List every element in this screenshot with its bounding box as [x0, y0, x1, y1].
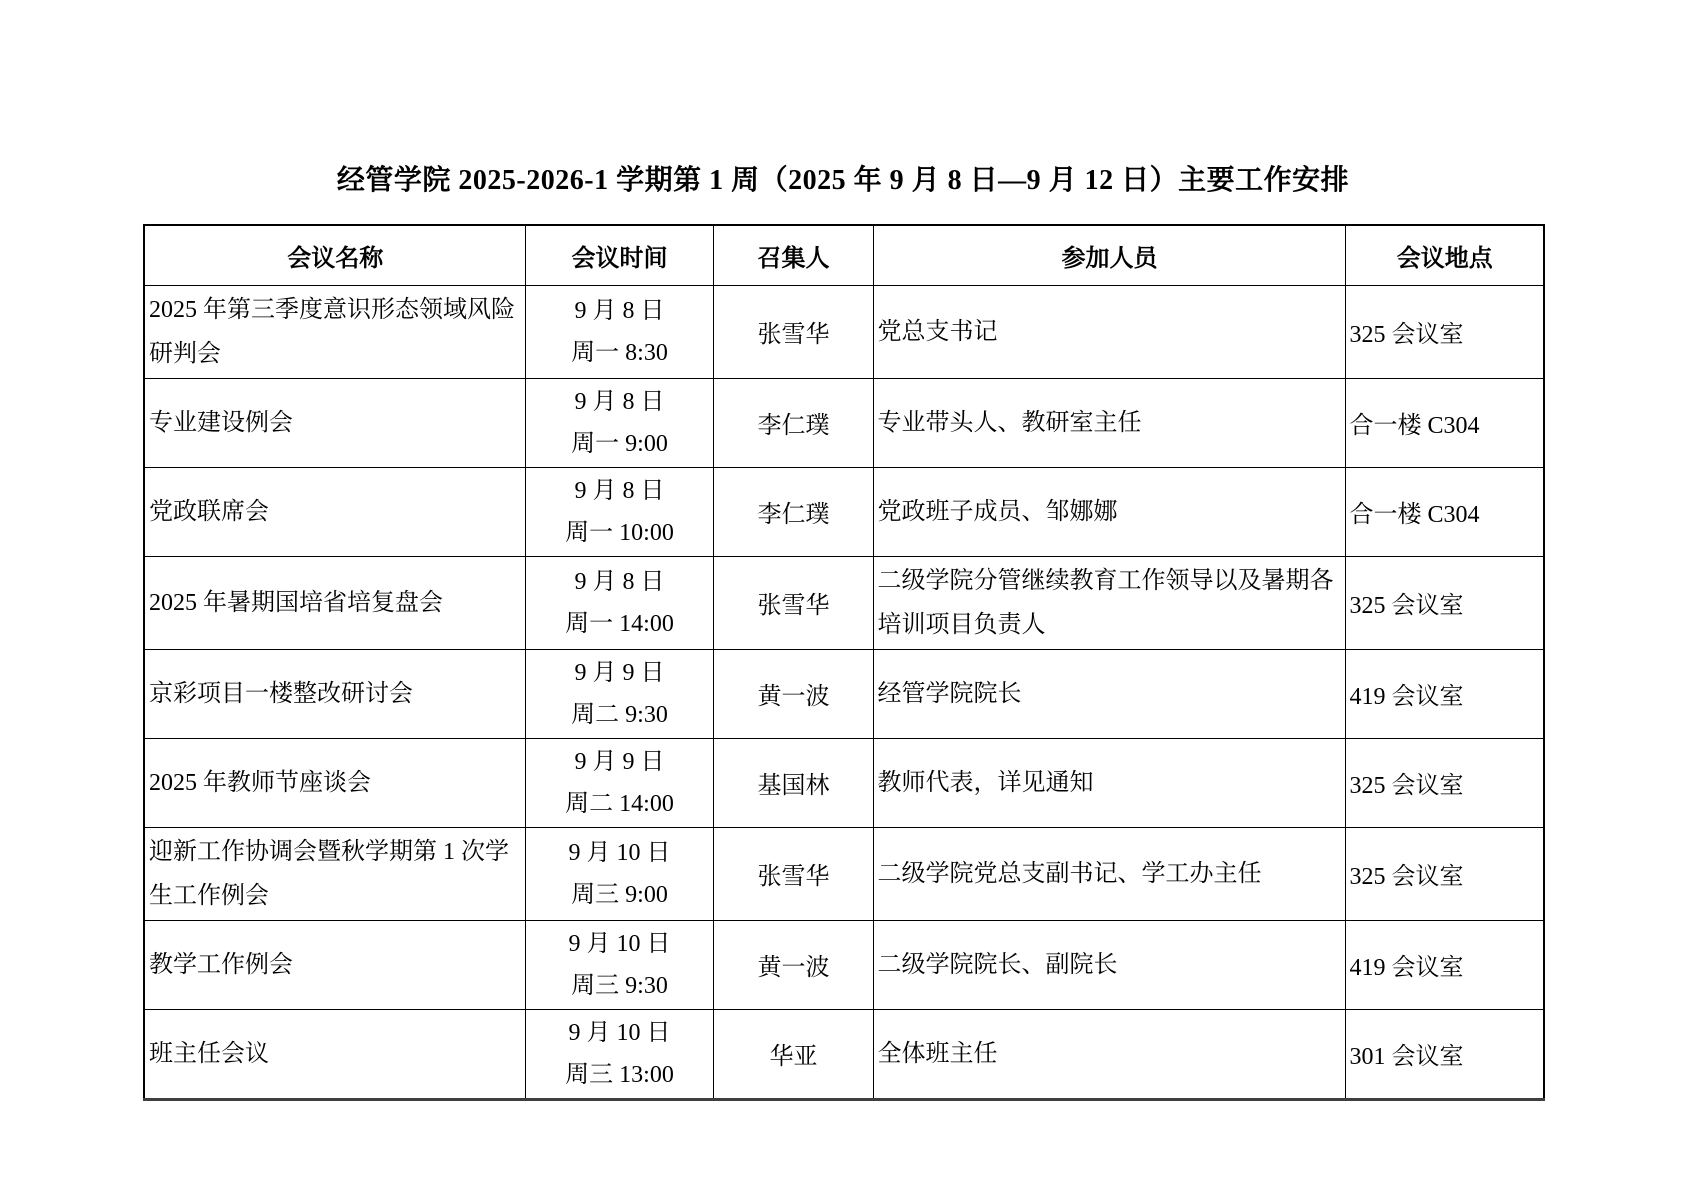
table-row: 教学工作例会 9 月 10 日 周三 9:30 黄一波 二级学院院长、副院长 4… [144, 920, 1544, 1009]
table-row: 班主任会议 9 月 10 日 周三 13:00 华亚 全体班主任 301 会议室 [144, 1009, 1544, 1099]
meeting-weekday-time: 周一 14:00 [530, 603, 710, 645]
location-cell: 419 会议室 [1345, 649, 1544, 738]
meeting-weekday-time: 周二 9:30 [530, 694, 710, 736]
convener-cell: 黄一波 [713, 920, 873, 1009]
meeting-date: 9 月 10 日 [530, 832, 710, 874]
meeting-name-cell: 2025 年第三季度意识形态领域风险研判会 [144, 285, 525, 378]
convener-cell: 基国林 [713, 738, 873, 827]
table-row: 2025 年教师节座谈会 9 月 9 日 周二 14:00 基国林 教师代表，详… [144, 738, 1544, 827]
meeting-name-cell: 迎新工作协调会暨秋学期第 1 次学生工作例会 [144, 827, 525, 920]
header-convener: 召集人 [713, 225, 873, 285]
meeting-name-cell: 班主任会议 [144, 1009, 525, 1099]
meeting-time-cell: 9 月 9 日 周二 14:00 [525, 738, 713, 827]
meeting-name-cell: 2025 年暑期国培省培复盘会 [144, 556, 525, 649]
table-row: 2025 年暑期国培省培复盘会 9 月 8 日 周一 14:00 张雪华 二级学… [144, 556, 1544, 649]
location-cell: 合一楼 C304 [1345, 467, 1544, 556]
participants-cell: 二级学院党总支副书记、学工办主任 [873, 827, 1345, 920]
convener-cell: 张雪华 [713, 556, 873, 649]
participants-cell: 经管学院院长 [873, 649, 1345, 738]
table-row: 专业建设例会 9 月 8 日 周一 9:00 李仁璞 专业带头人、教研室主任 合… [144, 378, 1544, 467]
convener-cell: 李仁璞 [713, 467, 873, 556]
meeting-time-cell: 9 月 8 日 周一 10:00 [525, 467, 713, 556]
table-row: 党政联席会 9 月 8 日 周一 10:00 李仁璞 党政班子成员、邹娜娜 合一… [144, 467, 1544, 556]
meeting-weekday-time: 周一 9:00 [530, 423, 710, 465]
participants-cell: 教师代表，详见通知 [873, 738, 1345, 827]
meeting-date: 9 月 9 日 [530, 741, 710, 783]
meeting-time-cell: 9 月 10 日 周三 9:00 [525, 827, 713, 920]
meeting-name-cell: 教学工作例会 [144, 920, 525, 1009]
meeting-time-cell: 9 月 9 日 周二 9:30 [525, 649, 713, 738]
meeting-date: 9 月 10 日 [530, 1012, 710, 1054]
header-meeting-location: 会议地点 [1345, 225, 1544, 285]
table-row: 2025 年第三季度意识形态领域风险研判会 9 月 8 日 周一 8:30 张雪… [144, 285, 1544, 378]
meeting-weekday-time: 周三 9:30 [530, 965, 710, 1007]
table-row: 京彩项目一楼整改研讨会 9 月 9 日 周二 9:30 黄一波 经管学院院长 4… [144, 649, 1544, 738]
meeting-time-cell: 9 月 8 日 周一 9:00 [525, 378, 713, 467]
meeting-date: 9 月 8 日 [530, 290, 710, 332]
schedule-table: 会议名称 会议时间 召集人 参加人员 会议地点 2025 年第三季度意识形态领域… [143, 224, 1545, 1101]
meeting-weekday-time: 周二 14:00 [530, 783, 710, 825]
location-cell: 419 会议室 [1345, 920, 1544, 1009]
meeting-weekday-time: 周一 8:30 [530, 332, 710, 374]
participants-cell: 党总支书记 [873, 285, 1345, 378]
meeting-name-cell: 京彩项目一楼整改研讨会 [144, 649, 525, 738]
table-row: 迎新工作协调会暨秋学期第 1 次学生工作例会 9 月 10 日 周三 9:00 … [144, 827, 1544, 920]
location-cell: 325 会议室 [1345, 827, 1544, 920]
meeting-weekday-time: 周三 13:00 [530, 1054, 710, 1096]
participants-cell: 全体班主任 [873, 1009, 1345, 1099]
location-cell: 325 会议室 [1345, 285, 1544, 378]
document-title: 经管学院 2025-2026-1 学期第 1 周（2025 年 9 月 8 日—… [143, 158, 1543, 198]
meeting-date: 9 月 10 日 [530, 923, 710, 965]
meeting-name-cell: 2025 年教师节座谈会 [144, 738, 525, 827]
location-cell: 325 会议室 [1345, 556, 1544, 649]
location-cell: 合一楼 C304 [1345, 378, 1544, 467]
meeting-weekday-time: 周三 9:00 [530, 874, 710, 916]
meeting-name-cell: 党政联席会 [144, 467, 525, 556]
meeting-time-cell: 9 月 10 日 周三 13:00 [525, 1009, 713, 1099]
participants-cell: 二级学院分管继续教育工作领导以及暑期各培训项目负责人 [873, 556, 1345, 649]
meeting-name-cell: 专业建设例会 [144, 378, 525, 467]
convener-cell: 李仁璞 [713, 378, 873, 467]
convener-cell: 黄一波 [713, 649, 873, 738]
header-participants: 参加人员 [873, 225, 1345, 285]
location-cell: 325 会议室 [1345, 738, 1544, 827]
meeting-date: 9 月 9 日 [530, 652, 710, 694]
meeting-time-cell: 9 月 8 日 周一 8:30 [525, 285, 713, 378]
meeting-date: 9 月 8 日 [530, 381, 710, 423]
convener-cell: 华亚 [713, 1009, 873, 1099]
meeting-date: 9 月 8 日 [530, 470, 710, 512]
meeting-date: 9 月 8 日 [530, 561, 710, 603]
document-page: 经管学院 2025-2026-1 学期第 1 周（2025 年 9 月 8 日—… [0, 0, 1684, 1191]
participants-cell: 专业带头人、教研室主任 [873, 378, 1345, 467]
location-cell: 301 会议室 [1345, 1009, 1544, 1099]
header-meeting-name: 会议名称 [144, 225, 525, 285]
meeting-time-cell: 9 月 8 日 周一 14:00 [525, 556, 713, 649]
participants-cell: 党政班子成员、邹娜娜 [873, 467, 1345, 556]
meeting-time-cell: 9 月 10 日 周三 9:30 [525, 920, 713, 1009]
table-header-row: 会议名称 会议时间 召集人 参加人员 会议地点 [144, 225, 1544, 285]
convener-cell: 张雪华 [713, 285, 873, 378]
meeting-weekday-time: 周一 10:00 [530, 512, 710, 554]
header-meeting-time: 会议时间 [525, 225, 713, 285]
convener-cell: 张雪华 [713, 827, 873, 920]
participants-cell: 二级学院院长、副院长 [873, 920, 1345, 1009]
